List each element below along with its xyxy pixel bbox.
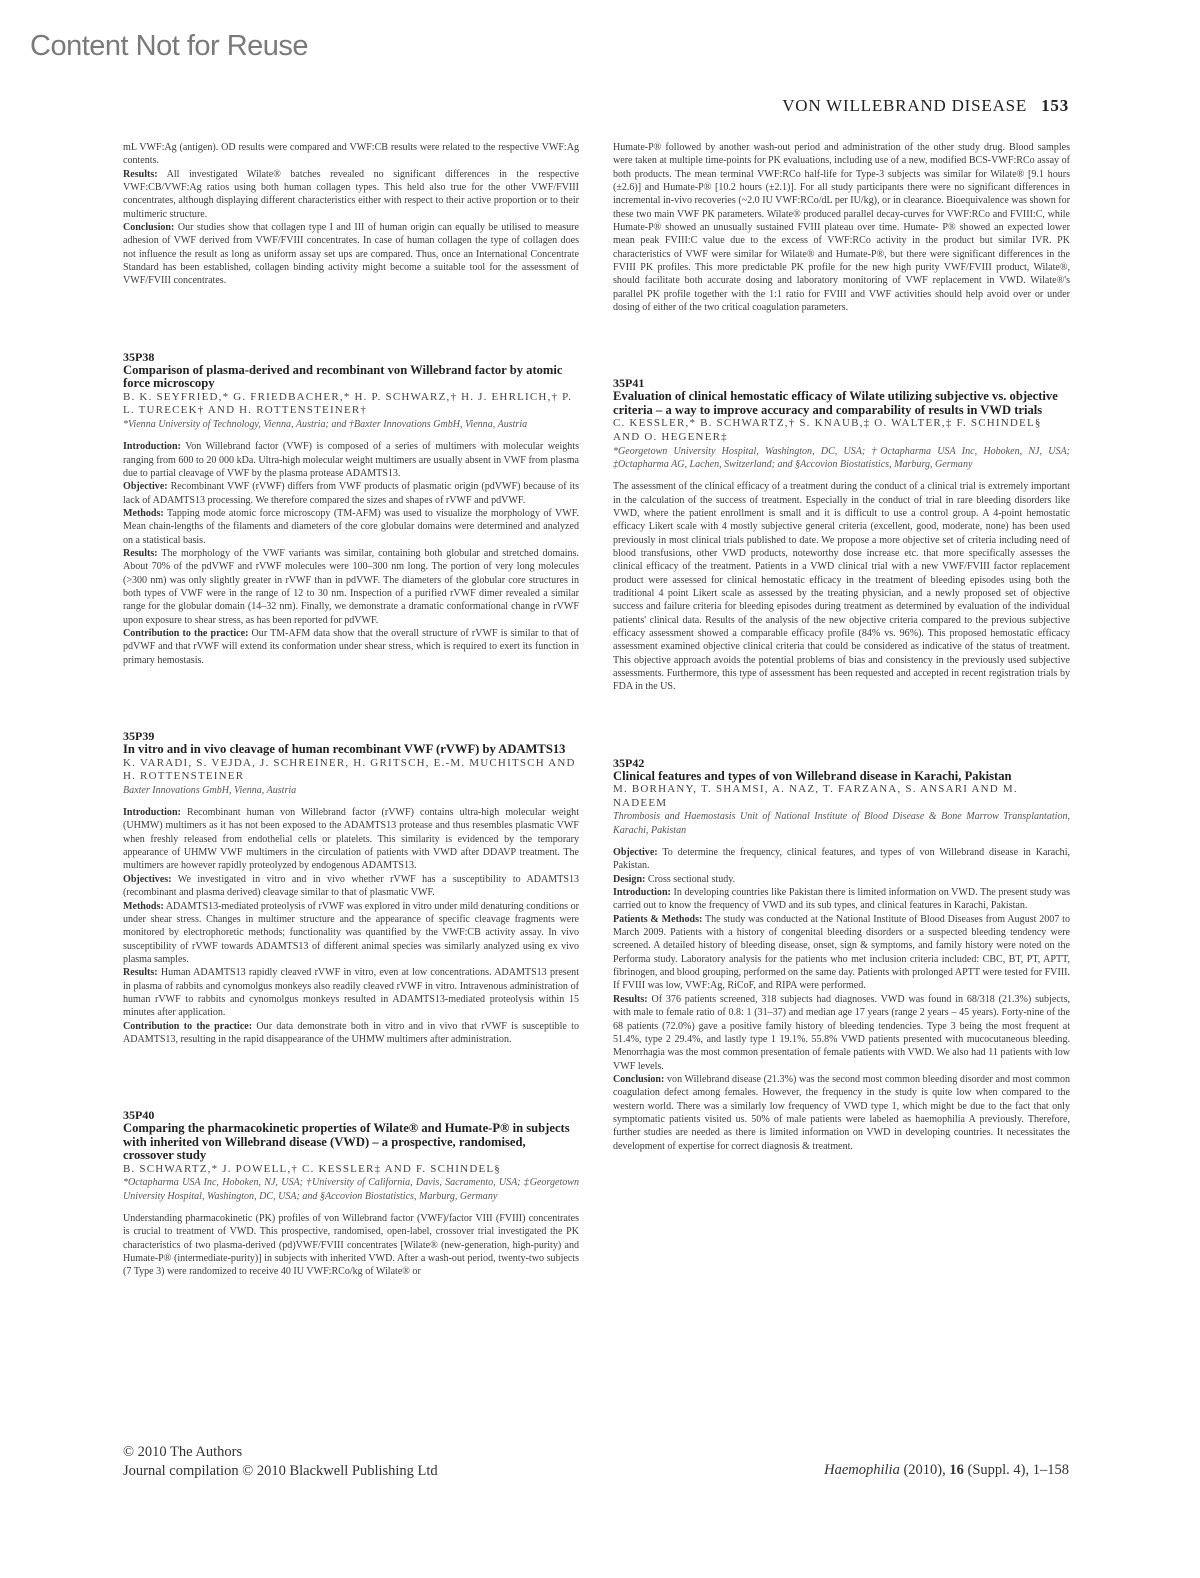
- paragraph: Methods: ADAMTS13-mediated proteolysis o…: [123, 900, 579, 967]
- paragraph: Conclusion: Our studies show that collag…: [123, 221, 579, 288]
- abstract-title: In vitro and in vivo cleavage of human r…: [123, 743, 579, 757]
- abstract-body: Objective: To determine the frequency, c…: [613, 846, 1070, 1153]
- left-column: mL VWF:Ag (antigen). OD results were com…: [123, 141, 579, 1279]
- paragraph: Introduction: In developing countries li…: [613, 886, 1070, 913]
- abstract-title: Comparing the pharmacokinetic properties…: [123, 1122, 579, 1163]
- abstract-body: Understanding pharmacokinetic (PK) profi…: [123, 1212, 579, 1279]
- abstract-affiliation: *Octapharma USA Inc, Hoboken, NJ, USA; †…: [123, 1176, 579, 1203]
- paragraph: Introduction: Von Willebrand factor (VWF…: [123, 440, 579, 480]
- abstract-affiliation: *Vienna University of Technology, Vienna…: [123, 418, 579, 431]
- abstract-title: Comparison of plasma-derived and recombi…: [123, 364, 579, 391]
- copyright-publisher: Journal compilation © 2010 Blackwell Pub…: [123, 1462, 438, 1481]
- abstract-authors: M. BORHANY, T. SHAMSI, A. NAZ, T. FARZAN…: [613, 783, 1070, 810]
- abstract-35P40: 35P40 Comparing the pharmacokinetic prop…: [123, 1108, 579, 1278]
- paragraph: The assessment of the clinical efficacy …: [613, 480, 1070, 694]
- journal-volume: 16: [949, 1462, 964, 1478]
- abstract-35P41: 35P41 Evaluation of clinical hemostatic …: [613, 376, 1070, 693]
- abstract-35P38: 35P38 Comparison of plasma-derived and r…: [123, 350, 579, 667]
- paragraph: Humate-P® followed by another wash-out p…: [613, 141, 1070, 314]
- watermark: Content Not for Reuse: [30, 30, 308, 63]
- footer-citation: Haemophilia (2010), 16 (Suppl. 4), 1–158: [824, 1462, 1069, 1479]
- abstract-authors: B. K. SEYFRIED,* G. FRIEDBACHER,* H. P. …: [123, 391, 579, 418]
- abstract-affiliation: Thrombosis and Haemostasis Unit of Natio…: [613, 810, 1070, 837]
- abstract-affiliation: *Georgetown University Hospital, Washing…: [613, 445, 1070, 472]
- paragraph: Design: Cross sectional study.: [613, 873, 1070, 886]
- paragraph: Results: Human ADAMTS13 rapidly cleaved …: [123, 966, 579, 1019]
- paragraph: Results: All investigated Wilate® batche…: [123, 168, 579, 221]
- paragraph: Introduction: Recombinant human von Will…: [123, 806, 579, 873]
- paragraph: Results: The morphology of the VWF varia…: [123, 547, 579, 627]
- right-column: Humate-P® followed by another wash-out p…: [613, 141, 1070, 1153]
- paragraph: Objective: To determine the frequency, c…: [613, 846, 1070, 873]
- continued-abstract: mL VWF:Ag (antigen). OD results were com…: [123, 141, 579, 288]
- paragraph: Objective: Recombinant VWF (rVWF) differ…: [123, 480, 579, 507]
- abstract-id: 35P42: [613, 756, 1070, 770]
- paragraph: Conclusion: von Willebrand disease (21.3…: [613, 1073, 1070, 1153]
- paragraph: Patients & Methods: The study was conduc…: [613, 913, 1070, 993]
- page-number: 153: [1041, 96, 1069, 115]
- abstract-id: 35P39: [123, 729, 579, 743]
- paragraph: Objectives: We investigated in vitro and…: [123, 873, 579, 900]
- abstract-id: 35P41: [613, 376, 1070, 390]
- paragraph: mL VWF:Ag (antigen). OD results were com…: [123, 141, 579, 168]
- abstract-body: Introduction: Von Willebrand factor (VWF…: [123, 440, 579, 667]
- abstract-35P39: 35P39 In vitro and in vivo cleavage of h…: [123, 729, 579, 1046]
- footer-copyright: © 2010 The Authors Journal compilation ©…: [123, 1443, 438, 1481]
- journal-name: Haemophilia: [824, 1462, 900, 1478]
- abstract-title: Evaluation of clinical hemostatic effica…: [613, 390, 1070, 417]
- paragraph: Understanding pharmacokinetic (PK) profi…: [123, 1212, 579, 1279]
- abstract-35P42: 35P42 Clinical features and types of von…: [613, 756, 1070, 1153]
- abstract-authors: C. KESSLER,* B. SCHWARTZ,† S. KNAUB,‡ O.…: [613, 417, 1070, 444]
- continued-abstract: Humate-P® followed by another wash-out p…: [613, 141, 1070, 314]
- abstract-affiliation: Baxter Innovations GmbH, Vienna, Austria: [123, 784, 579, 797]
- abstract-authors: K. VARADI, S. VEJDA, J. SCHREINER, H. GR…: [123, 757, 579, 784]
- abstract-id: 35P38: [123, 350, 579, 364]
- paragraph: Methods: Tapping mode atomic force micro…: [123, 507, 579, 547]
- running-head: VON WILLEBRAND DISEASE153: [782, 96, 1069, 116]
- paragraph: Contribution to the practice: Our data d…: [123, 1020, 579, 1047]
- abstract-title: Clinical features and types of von Wille…: [613, 770, 1070, 784]
- abstract-body: Introduction: Recombinant human von Will…: [123, 806, 579, 1046]
- copyright-authors: © 2010 The Authors: [123, 1443, 438, 1462]
- running-head-title: VON WILLEBRAND DISEASE: [782, 96, 1027, 115]
- paragraph: Contribution to the practice: Our TM-AFM…: [123, 627, 579, 667]
- abstract-id: 35P40: [123, 1108, 579, 1122]
- paragraph: Results: Of 376 patients screened, 318 s…: [613, 993, 1070, 1073]
- abstract-body: The assessment of the clinical efficacy …: [613, 480, 1070, 694]
- abstract-authors: B. SCHWARTZ,* J. POWELL,† C. KESSLER‡ an…: [123, 1163, 579, 1177]
